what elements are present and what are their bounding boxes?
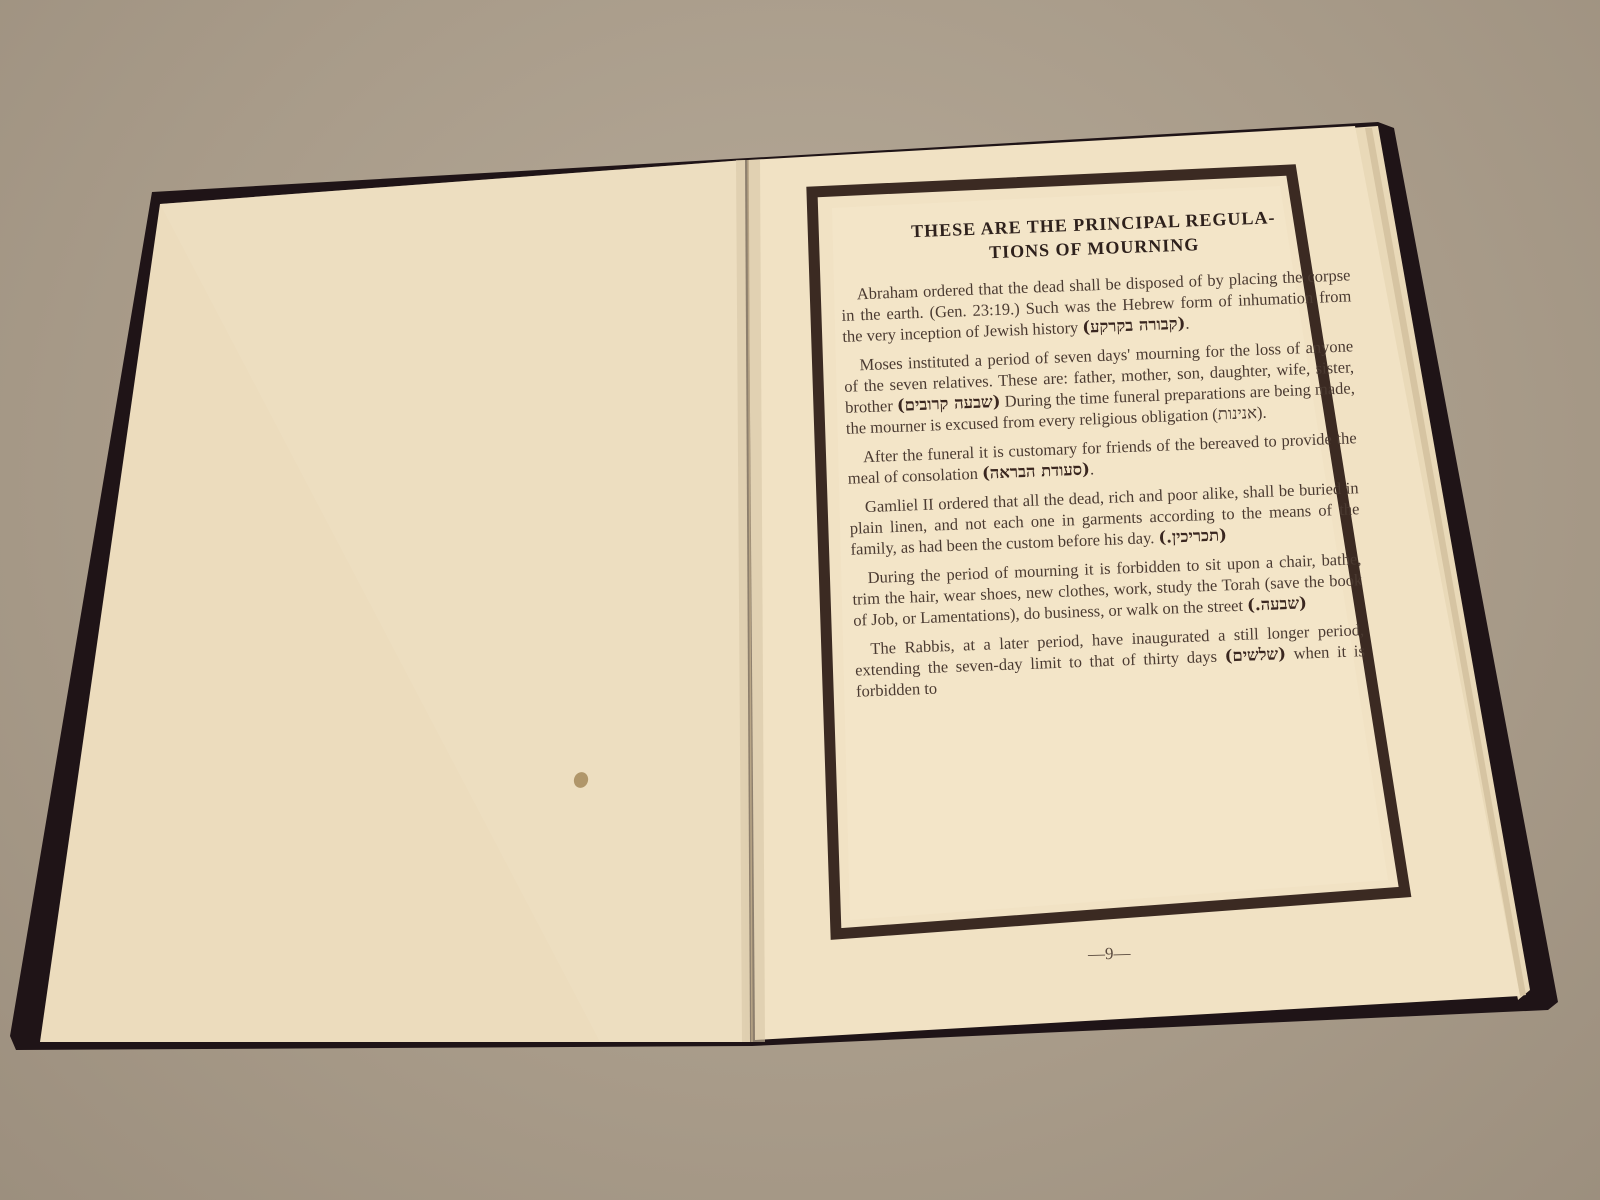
mourning-regulations-text: THESE ARE THE PRINCIPAL REGULA- TIONS OF… [838,202,1366,709]
page-number: —9— [1088,943,1131,964]
paragraph-rabbis: The Rabbis, at a later period, have inau… [854,619,1366,702]
paragraph-mourning-period: During the period of mourning it is forb… [851,548,1363,631]
photo-scene: THESE ARE THE PRINCIPAL REGULA- TIONS OF… [0,0,1600,1200]
paragraph-abraham: Abraham ordered that the dead shall be d… [840,264,1352,347]
paragraph-gamliel: Gamliel II ordered that all the dead, ri… [849,477,1361,560]
paragraph-moses: Moses instituted a period of seven days'… [843,335,1356,439]
